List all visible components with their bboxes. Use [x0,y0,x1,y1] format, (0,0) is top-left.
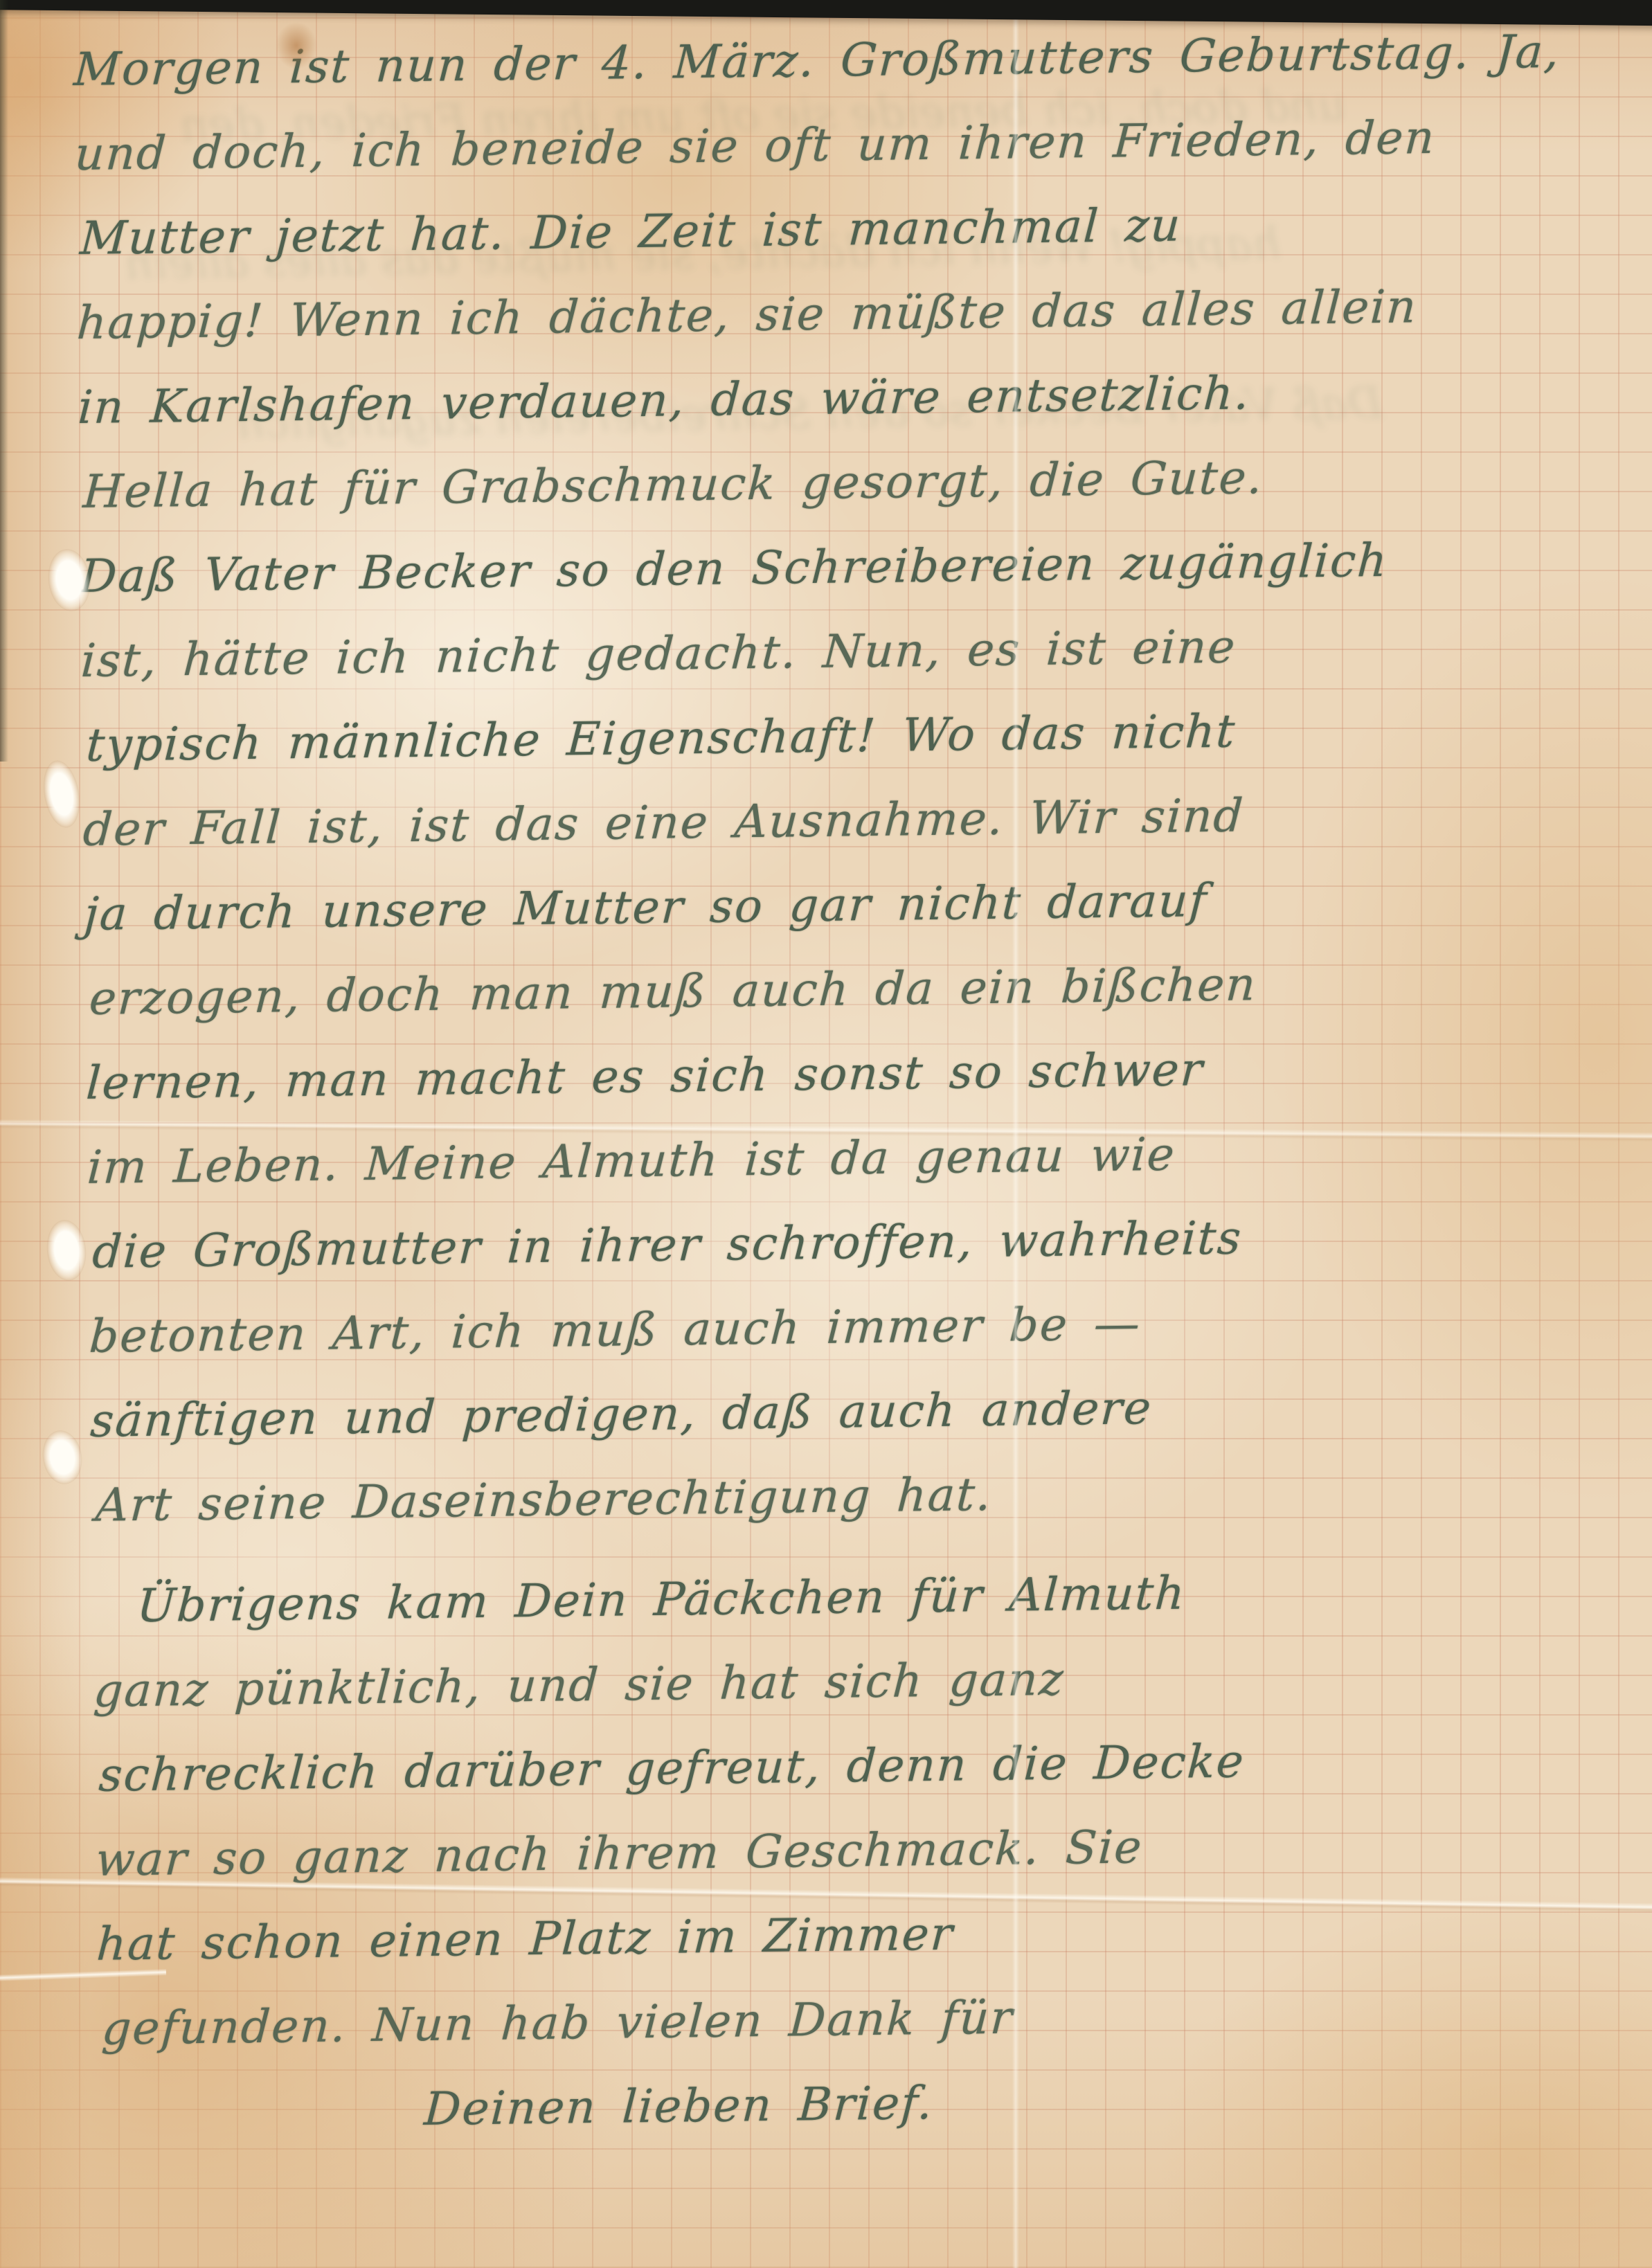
handwriting-line: Art seine Daseinsberechtigung hat. [93,1444,1649,1547]
punch-hole [44,1218,89,1282]
scanner-edge-left [0,0,8,762]
handwriting: Morgen ist nun der 4. März. Großmutters … [73,9,1650,2156]
fold-crease-vertical [1012,0,1019,2268]
letter-page: und doch, ich beneide sie oft um ihren F… [0,0,1652,2268]
ink-stain [276,22,317,69]
punch-hole [39,757,84,830]
punch-hole [39,1428,86,1487]
handwriting-line: Deinen lieben Brief. [422,2052,1652,2152]
